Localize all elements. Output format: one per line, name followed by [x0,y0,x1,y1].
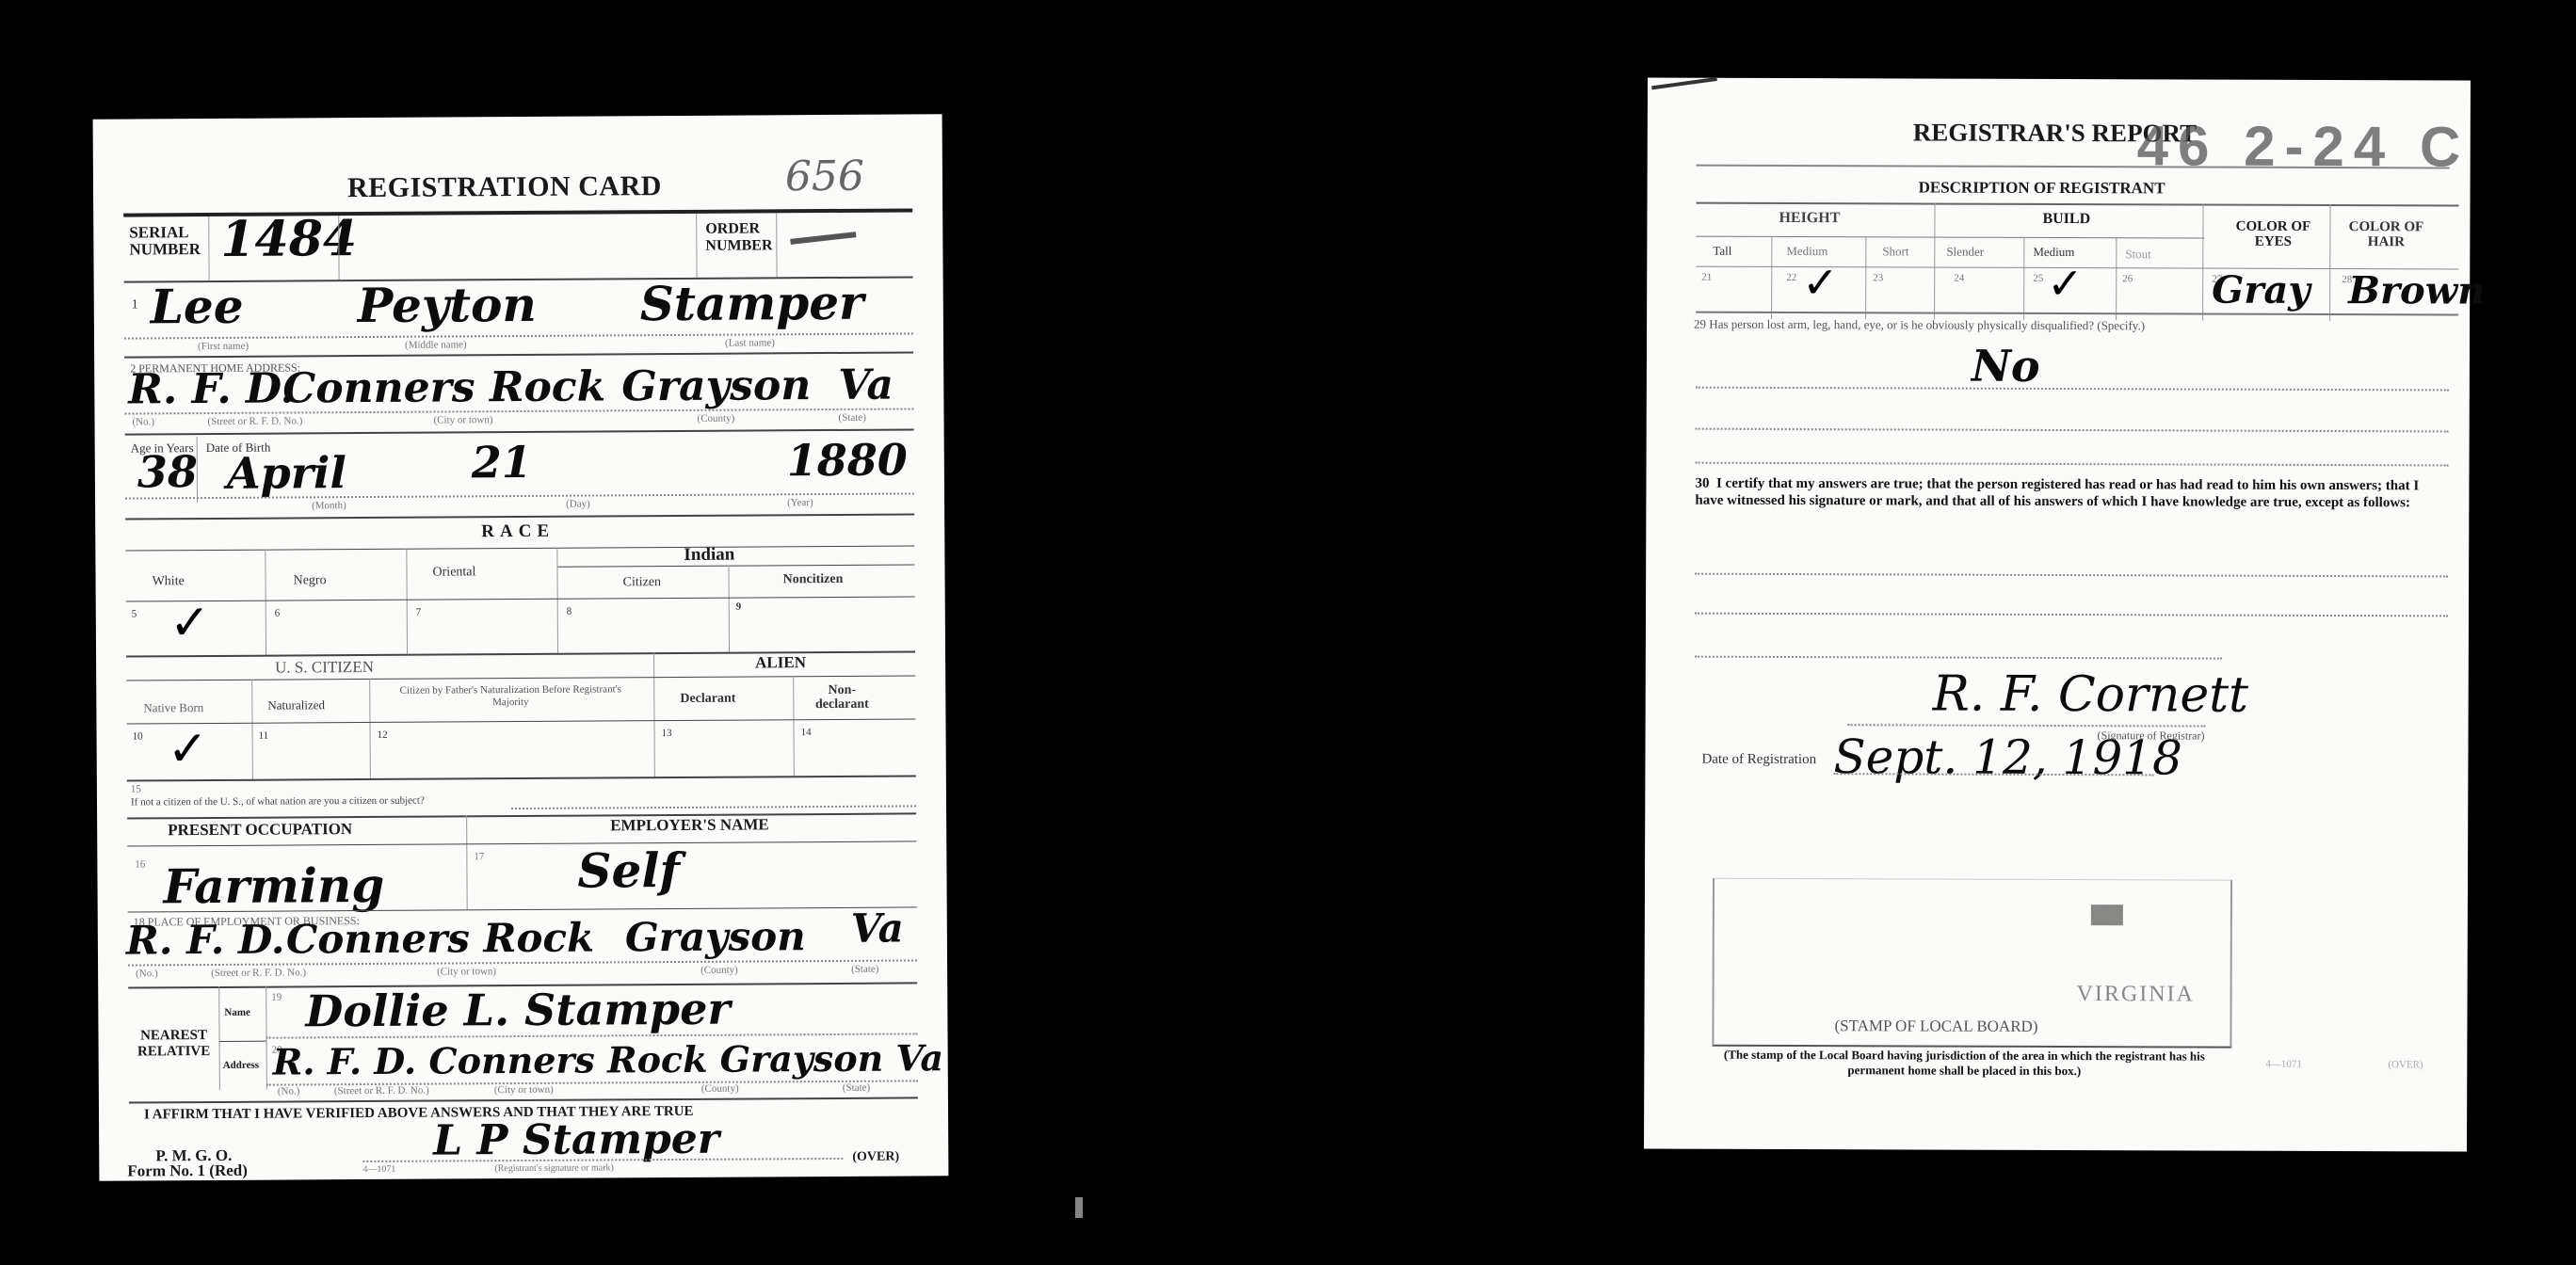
last-name-value: Stamper [640,275,864,331]
stamp-number: 46 2-24 C [2137,113,2471,179]
annotation-number: 656 [785,152,864,201]
hair-color-value: Brown [2348,268,2485,313]
stamp-text: VIRGINIA [2077,982,2195,1007]
citizen-native-born-check: ✓ [167,721,208,777]
relative-name-value: Dollie L. Stamper [305,984,731,1037]
hair-header: COLOR OF HAIR [2339,219,2433,249]
serial-number-label: SERIAL NUMBER [129,224,204,258]
over-label: (OVER) [852,1150,899,1165]
middle-name-value: Peyton [358,277,537,333]
dob-month: April [227,447,346,499]
race-indian-header: Indian [684,545,734,566]
employment-county: Grayson [625,913,806,960]
foreign-nation-question: If not a citizen of the U. S., of what n… [131,795,425,809]
registration-card-back: REGISTRAR'S REPORT 46 2-24 C DESCRIPTION… [1644,77,2471,1151]
eye-color-value: Gray [2212,268,2310,312]
employment-street: R. F. D. [126,917,285,964]
registrant-signature: L P Stamper [433,1115,719,1165]
home-address-state: Va [838,361,894,409]
home-address-city: Conners Rock [282,362,605,412]
employment-state: Va [851,905,904,952]
employer-label: EMPLOYER'S NAME [610,815,769,835]
certification-text: 30 I certify that my answers are true; t… [1695,475,2450,512]
order-number-crossed-out [790,232,856,245]
us-citizen-header: U. S. CITIZEN [275,658,374,678]
employer-value: Self [577,842,680,899]
registrar-signature: R. F. Cornett [1933,666,2248,724]
occupation-value: Farming [163,857,384,914]
order-number-label: ORDER NUMBER [705,220,781,254]
home-address-county: Grayson [621,361,811,410]
nearest-relative-label: NEAREST RELATIVE [136,1028,211,1060]
scan-speck [1075,1197,1083,1218]
age-value: 38 [137,446,198,497]
build-medium-check: ✓ [2047,258,2084,309]
disability-question: 29 Has person lost arm, leg, hand, eye, … [1694,317,2145,334]
serial-number-value: 1484 [220,210,357,268]
first-name-value: Lee [151,279,244,335]
stamp-box-caption: (The stamp of the Local Board having jur… [1700,1048,2228,1080]
race-header: RACE [481,521,555,542]
height-header: HEIGHT [1779,210,1840,227]
date-of-registration-label: Date of Registration [1701,752,1816,768]
alien-header: ALIEN [755,653,806,672]
registration-card-front: REGISTRATION CARD 656 SERIAL NUMBER 1484… [93,114,949,1180]
card-title: REGISTRATION CARD [347,170,662,204]
date-of-registration-value: Sept. 12, 1918 [1833,729,2182,785]
race-white-check: ✓ [169,595,211,651]
description-header: DESCRIPTION OF REGISTRANT [1919,178,2165,198]
relative-address-value: R. F. D. Conners Rock Grayson Va [273,1036,944,1082]
stamp-box-label: (STAMP OF LOCAL BOARD) [1834,1017,2037,1036]
employment-city: Conners Rock [286,915,595,963]
build-header: BUILD [2042,211,2090,228]
occupation-label: PRESENT OCCUPATION [168,820,352,840]
form-id-line2: Form No. 1 (Red) [127,1161,248,1181]
disability-answer: No [1972,341,2040,392]
dob-day: 21 [472,437,532,488]
height-medium-check: ✓ [1802,257,1839,308]
dob-year: 1880 [787,434,908,486]
home-address-street: R. F. D. [128,364,295,413]
eyes-header: COLOR OF EYES [2230,219,2315,249]
local-board-stamp-box: VIRGINIA (STAMP OF LOCAL BOARD) [1712,878,2232,1049]
